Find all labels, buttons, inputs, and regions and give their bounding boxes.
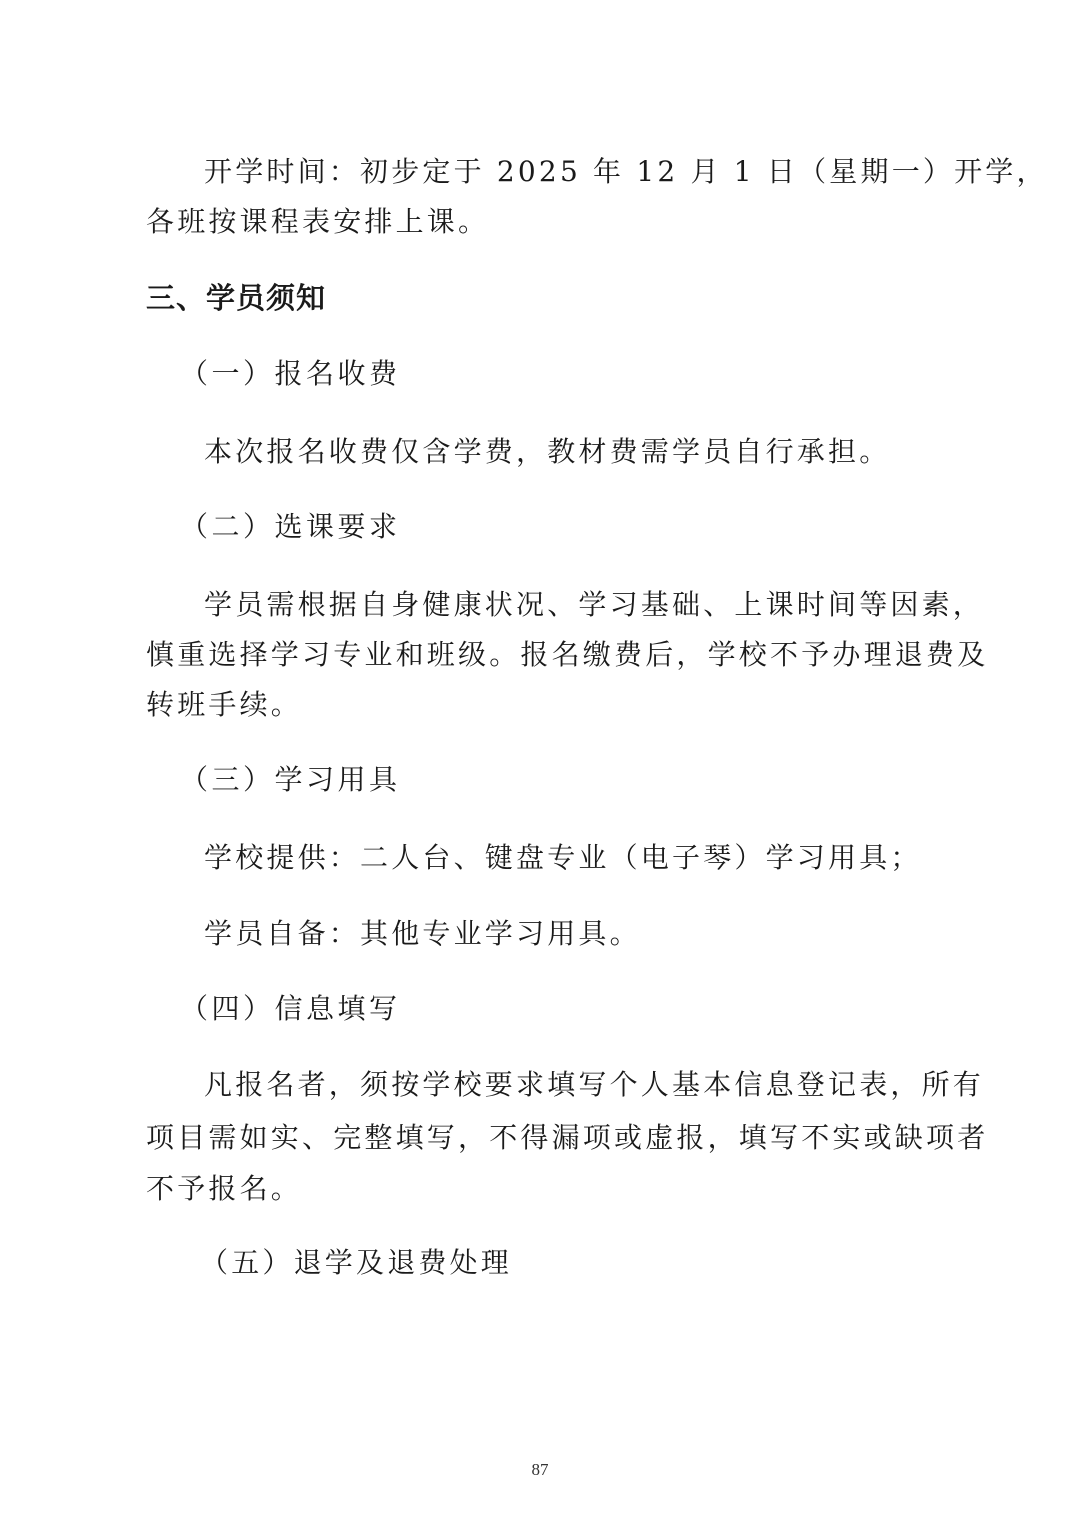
page-number: 87 [0,1460,1080,1480]
subsection-2-line-1: 学员需根据自身健康状况、学习基础、上课时间等因素， [204,588,984,622]
subsection-3-heading: （三）学习用具 [180,763,401,797]
subsection-4-line-2: 项目需如实、完整填写，不得漏项或虚报，填写不实或缺项者 [146,1121,988,1155]
subsection-2-line-3: 转班手续。 [146,688,302,722]
subsection-1-heading: （一）报名收费 [180,357,401,391]
subsection-5-heading: （五）退学及退费处理 [200,1246,512,1280]
subsection-4-line-3: 不予报名。 [146,1172,302,1206]
subsection-3-line-1: 学校提供：二人台、键盘专业（电子琴）学习用具； [204,841,922,875]
subsection-3-line-2: 学员自备：其他专业学习用具。 [204,917,641,951]
start-time-line-2: 各班按课程表安排上课。 [146,205,489,239]
start-time-line-1: 开学时间：初步定于 2025 年 12 月 1 日（星期一）开学， [204,155,1048,189]
subsection-4-line-1: 凡报名者，须按学校要求填写个人基本信息登记表，所有 [204,1068,984,1102]
subsection-2-heading: （二）选课要求 [180,510,401,544]
section-3-heading: 三、学员须知 [146,281,326,315]
subsection-4-heading: （四）信息填写 [180,992,401,1026]
subsection-1-body: 本次报名收费仅含学费，教材费需学员自行承担。 [204,435,890,469]
subsection-2-line-2: 慎重选择学习专业和班级。报名缴费后，学校不予办理退费及 [146,638,988,672]
